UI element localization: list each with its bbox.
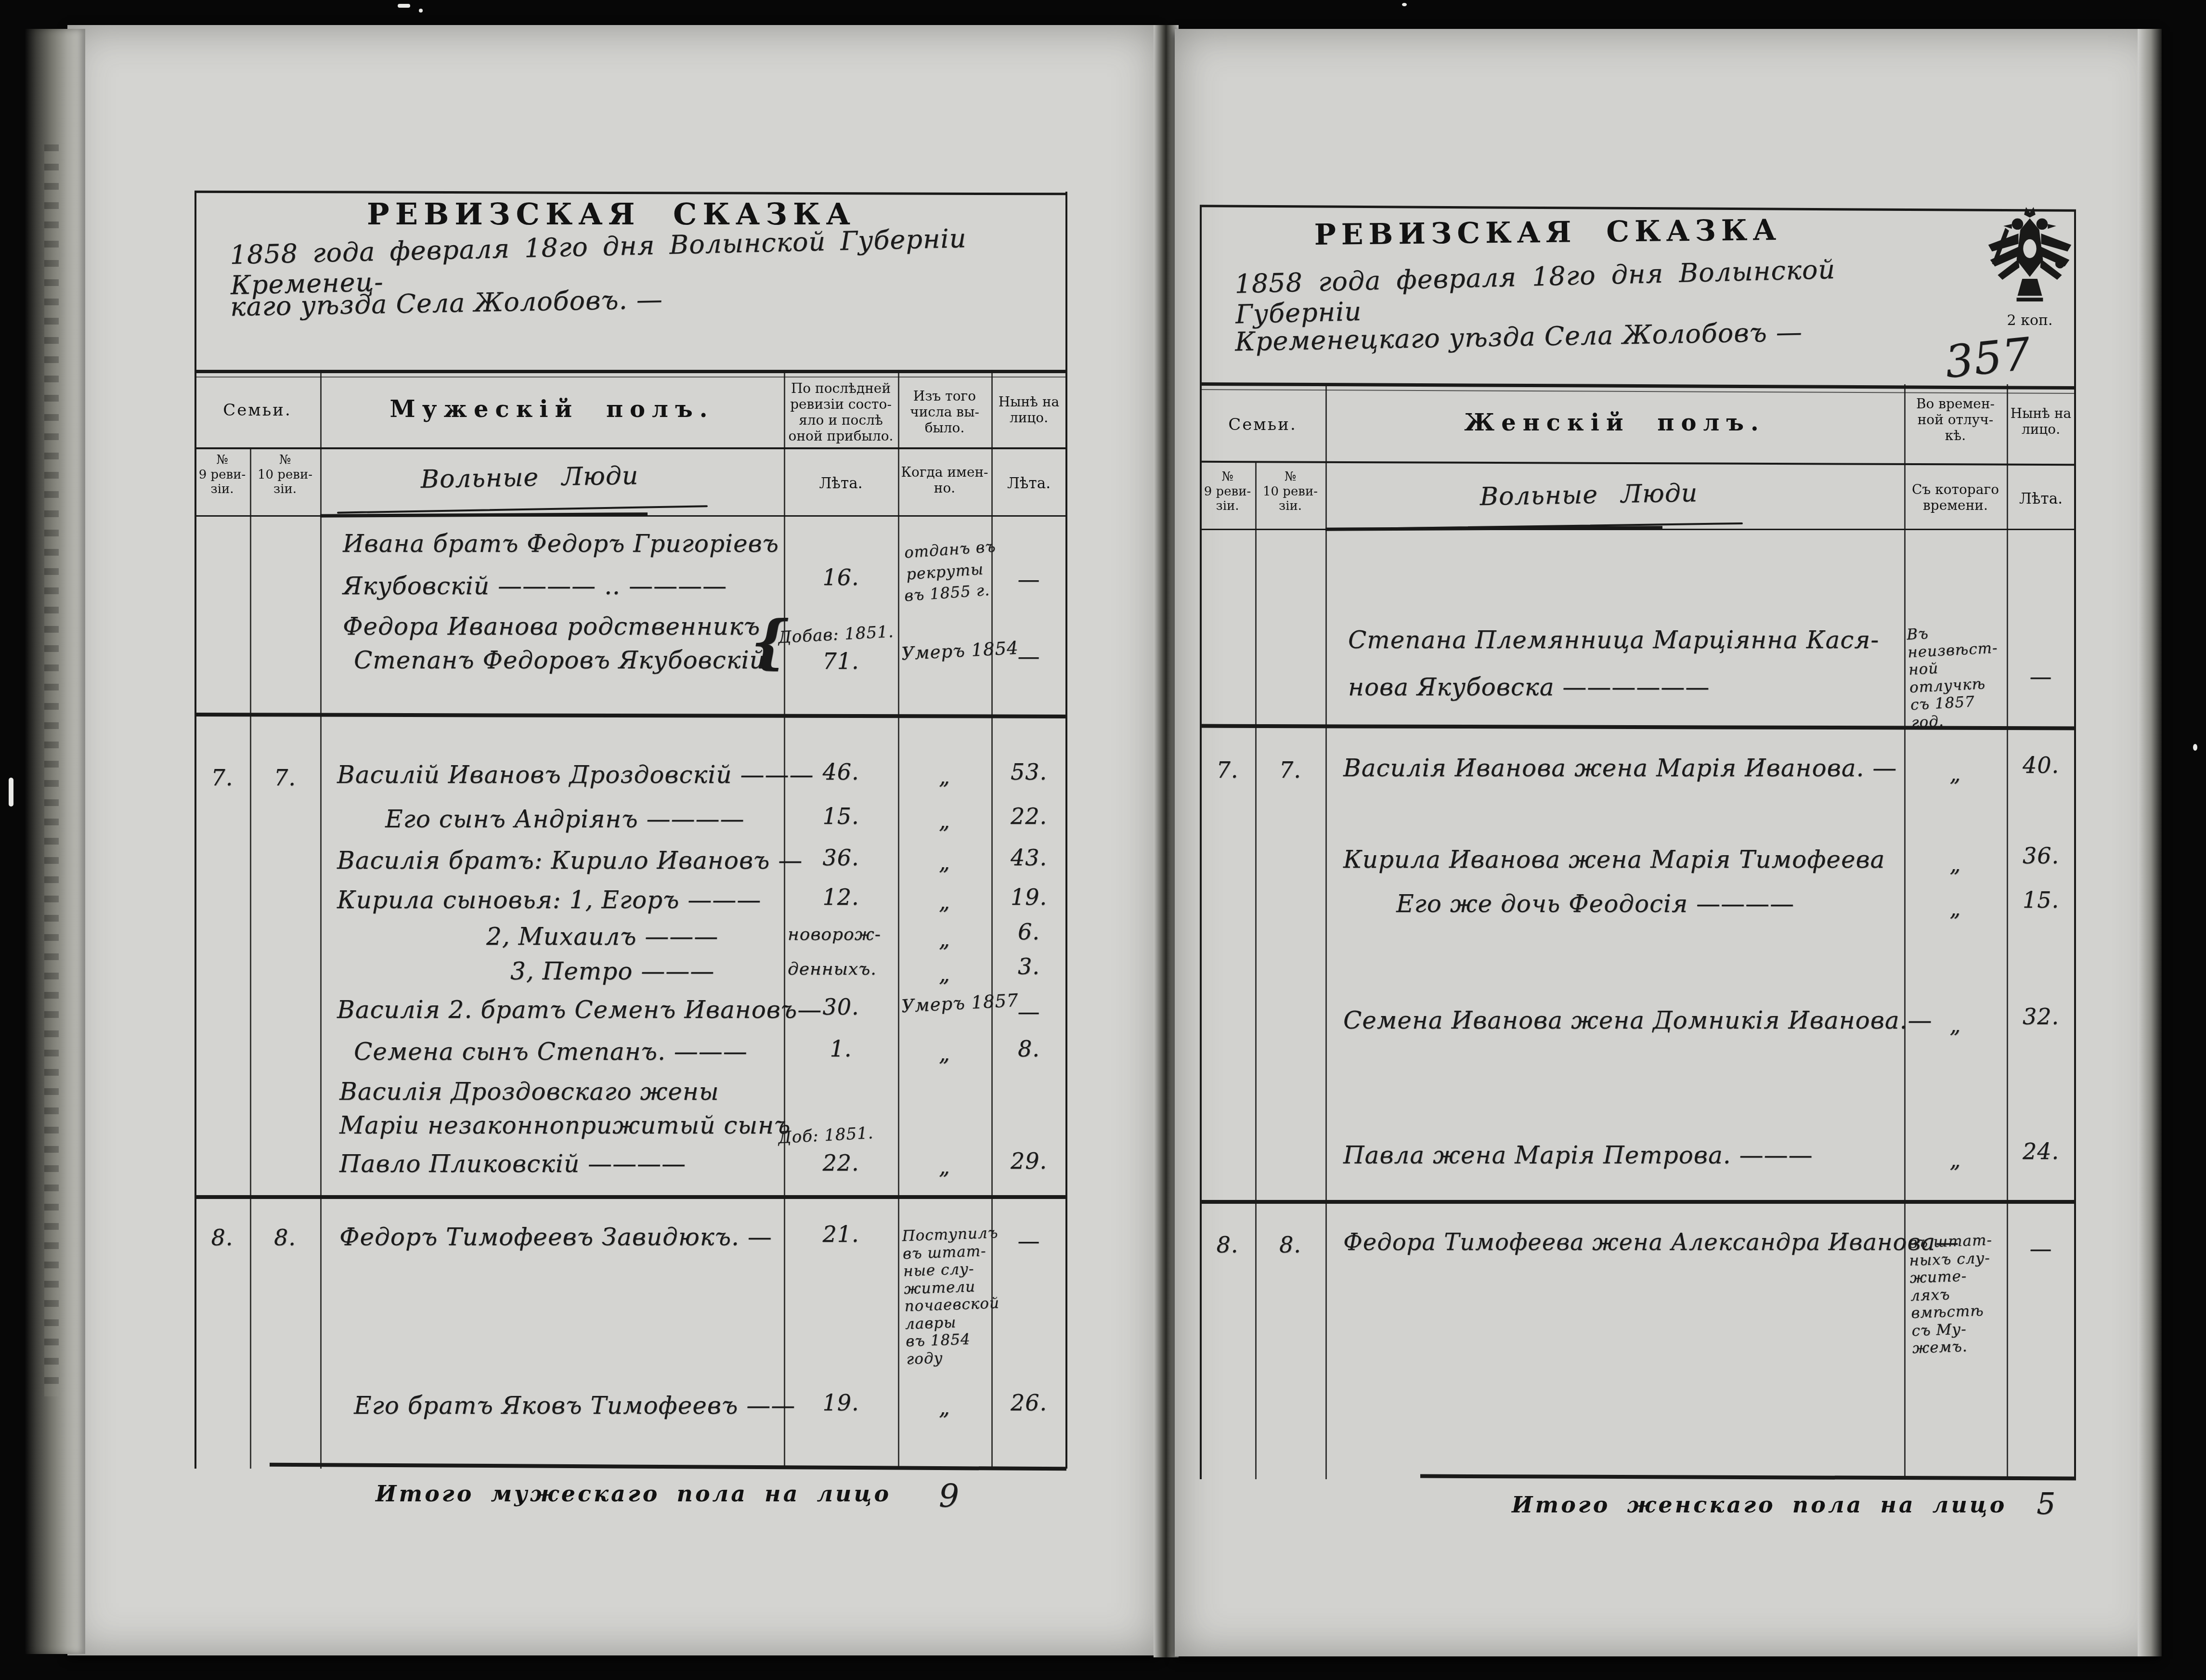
record-name: Его братъ Яковъ Тимофеевъ —— <box>354 1392 795 1420</box>
section-separator <box>195 1195 1066 1199</box>
col-departed-header: Изъ того числа вы- было. <box>898 388 991 436</box>
record-age-prev: 36. <box>784 845 898 871</box>
col-now-sub: Лѣта. <box>991 475 1066 492</box>
table-rule <box>195 377 1066 378</box>
record-kin-label: Федора Иванова родственникъ <box>343 612 760 640</box>
record-age-now: 53. <box>991 759 1066 785</box>
ditto-mark: „ <box>1904 762 2007 786</box>
col-rev10-header: № 10 реви- зіи. <box>250 453 320 497</box>
record-name: Его сынъ Андріянъ ———— <box>385 805 744 833</box>
dust-speck <box>419 9 423 13</box>
table-rule <box>195 370 1066 373</box>
record-age-prev: 15. <box>784 803 898 829</box>
record-name: Василій Ивановъ Дроздовскій ——— <box>337 761 814 789</box>
family-number-10th: 7. <box>1255 757 1325 783</box>
ditto-mark: „ <box>898 850 991 875</box>
family-number-9th: 7. <box>1200 757 1255 783</box>
column-line <box>2007 384 2008 1479</box>
record-age-now: 32. <box>2007 1003 2075 1029</box>
col-since-sub: Съ котораго времени. <box>1904 482 2007 513</box>
record-away-note: Въ неизвѣст- ной отлучкѣ съ 1857 год. <box>1906 621 2008 732</box>
record-age-prev: 30. <box>784 994 898 1020</box>
female-total-value: 5 <box>2037 1486 2056 1521</box>
scanned-book-photo: РЕВИЗСКАЯ СКАЗКА 1858 года февраля 18го … <box>0 0 2206 1680</box>
table-rule <box>195 447 1066 449</box>
table-border <box>1200 207 1202 1479</box>
record-age-prev: 71. <box>784 648 898 674</box>
record-age-now: 36. <box>2007 843 2075 869</box>
family-number-10th: 7. <box>250 765 320 791</box>
record-name: Ивана братъ Федоръ Григоріевъ <box>343 530 779 558</box>
record-name: Федора Тимофеева жена Александра Иванова… <box>1343 1229 1959 1256</box>
col-male-header: Мужескій полъ. <box>320 396 784 423</box>
dust-speck <box>1402 3 1407 6</box>
record-age-prev: 46. <box>784 759 898 785</box>
record-name: Василія Иванова жена Марія Иванова. — <box>1343 754 1897 782</box>
column-line <box>320 370 322 1469</box>
page-number: 357 <box>1943 328 2034 388</box>
record-away-note: въ штат- ныхъ слу- жите- ляхъ вмѣстѣ съ … <box>1908 1231 2004 1358</box>
dust-speck <box>9 778 13 807</box>
dust-speck <box>398 4 410 8</box>
ditto-mark: „ <box>898 1155 991 1179</box>
record-name: Маріи незаконноприжитый сынъ <box>339 1111 791 1139</box>
col-prev-revision-header: По послѣдней ревизіи состо- яло и послѣ … <box>784 380 898 444</box>
record-age-now: 26. <box>991 1390 1066 1416</box>
record-name: нова Якубовска —————— <box>1348 673 1710 701</box>
family-number-9th: 8. <box>195 1224 250 1250</box>
record-age-now: — <box>991 1228 1066 1254</box>
record-name: Степанъ Федоровъ Якубовскій <box>354 646 766 674</box>
record-name: Василія Дроздовскаго жены <box>339 1078 719 1106</box>
record-age-now: 43. <box>991 845 1066 871</box>
female-total-label: Итого женскаго пола на лицо <box>1512 1492 2007 1518</box>
record-age-now: 29. <box>991 1148 1066 1174</box>
record-age-prev: 12. <box>784 884 898 910</box>
col-rev9-header: № 9 реви- зіи. <box>1200 469 1255 514</box>
record-age-now: 22. <box>991 803 1066 829</box>
ditto-mark: „ <box>898 809 991 833</box>
dust-speck <box>2193 744 2197 751</box>
record-age-now: — <box>991 566 1066 592</box>
col-rev10-header: № 10 реви- зіи. <box>1255 469 1325 514</box>
record-age-now: 19. <box>991 884 1066 910</box>
male-total-label: Итого мужескаго пола на лицо <box>376 1481 891 1507</box>
record-departed-note: Поступилъ въ штат- ные слу- жители почае… <box>902 1224 993 1368</box>
record-name: Семена Иванова жена Домникія Иванова.— <box>1343 1006 1933 1034</box>
family-number-9th: 7. <box>195 765 250 791</box>
column-line <box>250 447 251 1469</box>
record-name: Его же дочь Феодосія ———— <box>1396 890 1794 918</box>
record-name: Кирила сыновья: 1, Егоръ ——— <box>337 886 761 914</box>
record-name: 3, Петро ——— <box>510 957 714 985</box>
record-name: Павло Пликовскій ———— <box>339 1150 686 1178</box>
ditto-mark: „ <box>898 890 991 914</box>
record-age-now: 24. <box>2007 1138 2075 1164</box>
record-name: Якубовскій ———— ‥ ———— <box>343 572 727 600</box>
section-separator <box>1200 1200 2075 1204</box>
record-age-prev: 22. <box>784 1150 898 1176</box>
record-name: Федоръ Тимофеевъ Завидюкъ. — <box>339 1223 772 1251</box>
col-family-header: Семьи. <box>1200 415 1325 434</box>
ditto-mark: „ <box>898 962 991 987</box>
record-age-prev: новорож- <box>788 925 881 944</box>
record-name: Василія 2. братъ Семенъ Ивановъ— <box>337 996 822 1024</box>
ditto-mark: „ <box>1904 1013 2007 1038</box>
table-border <box>1065 192 1067 1469</box>
ditto-mark: „ <box>898 927 991 952</box>
record-name: Павла жена Марія Петрова. ——— <box>1343 1141 1813 1169</box>
imperial-eagle-stamp-icon <box>1983 205 2077 307</box>
record-name: Степана Племянница Марціянна Кася- <box>1348 626 1879 654</box>
record-age-now: — <box>2007 664 2075 690</box>
family-number-10th: 8. <box>1255 1232 1325 1258</box>
record-age-now: 40. <box>2007 752 2075 778</box>
male-total-value: 9 <box>939 1477 960 1514</box>
col-rev9-header: № 9 реви- зіи. <box>195 453 250 497</box>
record-age-now: 15. <box>2007 887 2075 913</box>
record-age-now: 8. <box>991 1036 1066 1062</box>
ditto-mark: „ <box>1904 1148 2007 1172</box>
family-number-10th: 8. <box>250 1224 320 1250</box>
record-age-prev: 21. <box>784 1221 898 1247</box>
record-age-now: 6. <box>991 919 1066 945</box>
record-age-now: — <box>991 643 1066 669</box>
col-now-sub: Лѣта. <box>2007 490 2075 508</box>
stamp-denomination: 2 коп. <box>1983 312 2077 329</box>
column-line <box>1904 384 1906 1479</box>
col-present-header: Нынѣ на лицо. <box>2007 405 2075 437</box>
record-name: 2, Михаилъ ——— <box>486 923 718 951</box>
ditto-mark: „ <box>898 765 991 789</box>
ditto-mark: „ <box>1904 852 2007 877</box>
record-age-prev: 19. <box>784 1390 898 1416</box>
col-female-header: Женскій полъ. <box>1325 409 1904 436</box>
column-line <box>784 370 785 1469</box>
record-age-prev: 1. <box>784 1036 898 1062</box>
col-when-sub: Когда имен- но. <box>898 464 991 496</box>
record-age-prev: 16. <box>784 564 898 590</box>
torn-edge-streak <box>44 144 59 1396</box>
col-present-header: Нынѣ на лицо. <box>991 394 1066 426</box>
ditto-mark: „ <box>898 1395 991 1420</box>
record-name: Семена сынъ Степанъ. ——— <box>354 1038 748 1066</box>
record-age-now: — <box>991 999 1066 1025</box>
record-name: Кирила Иванова жена Марія Тимофеева <box>1343 846 1885 873</box>
page-title: РЕВИЗСКАЯ СКАЗКА <box>1223 212 1873 253</box>
record-age-now: 3. <box>991 953 1066 979</box>
col-family-header: Семьи. <box>195 401 320 420</box>
right-page-edge <box>2138 29 2162 1656</box>
column-line <box>1255 462 1257 1479</box>
col-away-header: Во времен- ной отлуч- кѣ. <box>1904 396 2007 443</box>
ditto-mark: „ <box>1904 897 2007 921</box>
record-name: Василія братъ: Кирило Ивановъ — <box>337 847 803 874</box>
column-line <box>1325 384 1327 1479</box>
column-line <box>898 370 899 1469</box>
table-border <box>195 192 196 1469</box>
ditto-mark: „ <box>898 1042 991 1066</box>
col-prev-sub: Лѣта. <box>784 475 898 492</box>
record-age-now: — <box>2007 1236 2075 1262</box>
family-number-9th: 8. <box>1200 1232 1255 1258</box>
record-age-prev: денныхъ. <box>788 959 877 979</box>
